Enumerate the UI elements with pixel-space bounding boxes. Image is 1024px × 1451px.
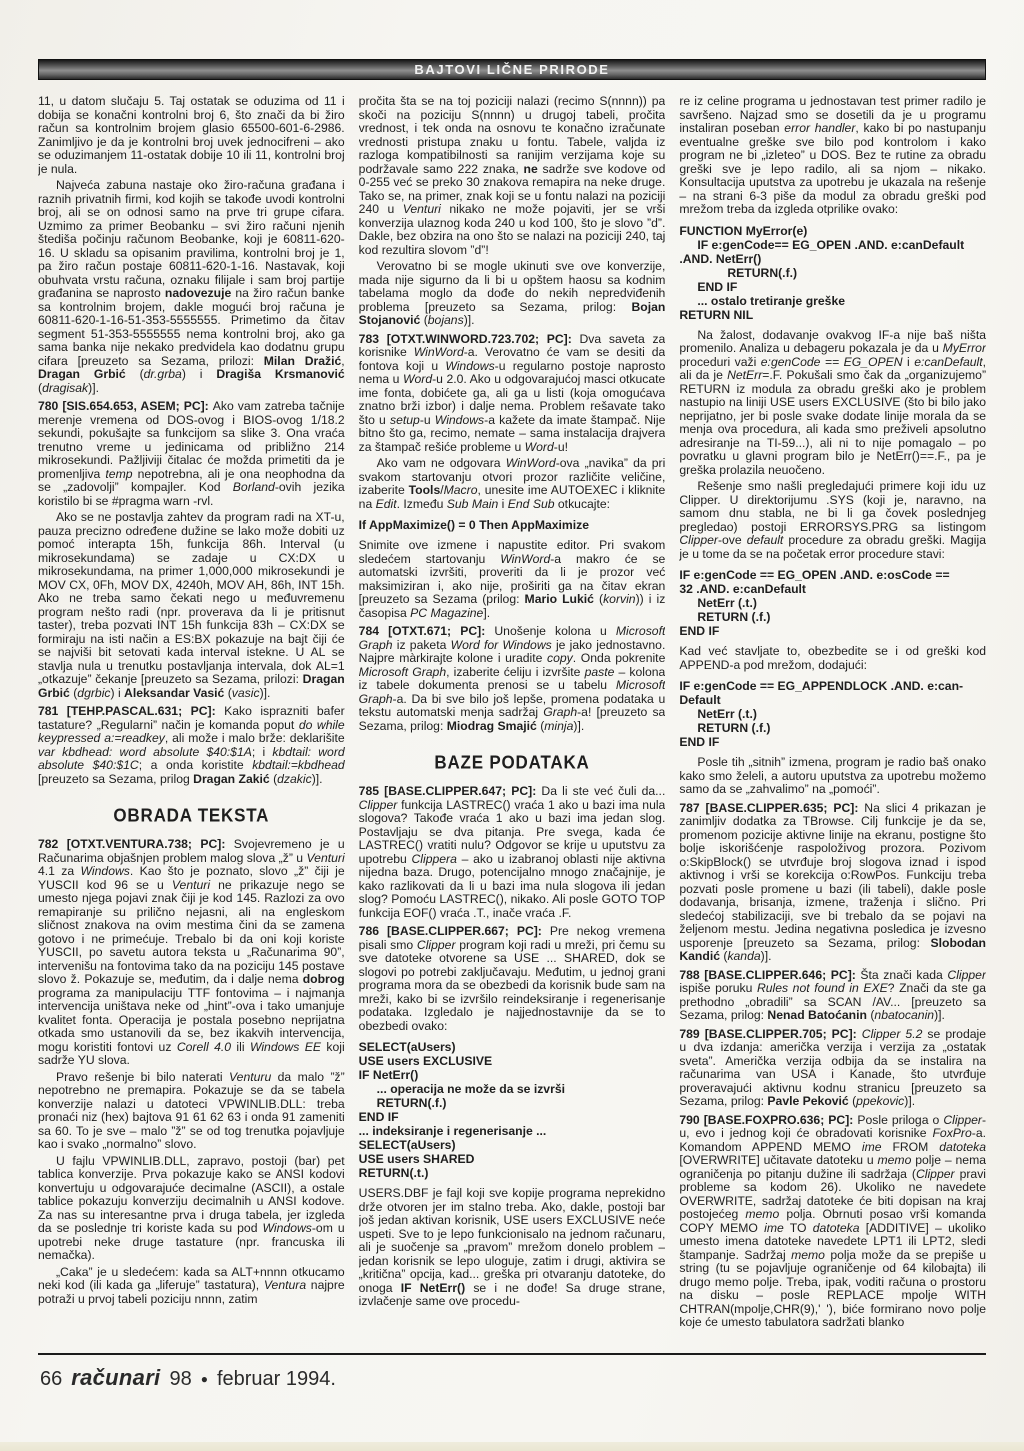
paragraph: Ako se ne postavlja zahtev da program ra… [38, 511, 345, 700]
paragraph: Snimite ove izmene i napustite editor. P… [359, 539, 666, 620]
paragraph: „Caka” je u sledećem: kada sa ALT+nnnn o… [38, 1266, 345, 1307]
paragraph: 790 [BASE.FOXPRO.636; PC]: Posle priloga… [679, 1114, 986, 1330]
column-3: re iz celine programa u jednostavan test… [679, 95, 986, 1347]
code-line: ... operacija ne može da se izvrši [359, 1082, 666, 1096]
magazine-logo: računari [71, 1365, 160, 1391]
code-line: RETURN(.t.) [359, 1166, 666, 1180]
code-line: END IF [679, 735, 986, 749]
code-line: RETURN NIL [679, 308, 986, 322]
code-block: FUNCTION MyError(e)IF e:genCode== EG_OPE… [679, 224, 986, 322]
code-line: SELECT(aUsers) [359, 1040, 666, 1054]
paragraph: 785 [BASE.CLIPPER.647; PC]: Da li ste ve… [359, 785, 666, 920]
paragraph: 788 [BASE.CLIPPER.646; PC]: Šta znači ka… [679, 969, 986, 1023]
code-line: RETURN (.f.) [679, 610, 986, 624]
paragraph: re iz celine programa u jednostavan test… [679, 95, 986, 217]
code-line: USE users SHARED [359, 1152, 666, 1166]
issue-number: 98 [169, 1368, 191, 1391]
code-line: SELECT(aUsers) [359, 1138, 666, 1152]
page-footer: 66 računari 98 ● februar 1994. [40, 1365, 1024, 1391]
code-line: RETURN (.f.) [679, 721, 986, 735]
column-2: pročita šta se na toj poziciji nalazi (r… [359, 95, 666, 1347]
code-line: RETURN(.f.) [359, 1096, 666, 1110]
code-block: SELECT(aUsers)USE users EXCLUSIVEIF NetE… [359, 1040, 666, 1180]
code-line: ... indeksiranje i regenerisanje ... [359, 1124, 666, 1138]
paragraph: Kad već stavljate to, obezbedite se i od… [679, 645, 986, 672]
paragraph: Na žalost, dodavanje ovakvog IF-a nije b… [679, 329, 986, 478]
article-columns: 11, u datom slučaju 5. Taj ostatak se od… [38, 95, 986, 1347]
issue-date: februar 1994. [217, 1368, 336, 1391]
code-line: ... ostalo tretiranje greške [679, 294, 986, 308]
code-line: IF e:genCode == EG_OPEN .AND. e:osCode =… [679, 568, 986, 582]
paragraph: Rešenje smo našli pregledajući primere k… [679, 480, 986, 561]
section-heading: BAZE PODATAKA [359, 752, 666, 774]
paragraph: 787 [BASE.CLIPPER.635; PC]: Na slici 4 p… [679, 802, 986, 964]
code-block: IF e:genCode == EG_OPEN .AND. e:osCode =… [679, 568, 986, 638]
paragraph: Ako vam ne odgovara WinWord-ova „navika”… [359, 457, 666, 511]
column-1: 11, u datom slučaju 5. Taj ostatak se od… [38, 95, 345, 1347]
scan-edge-strip [0, 1442, 1024, 1451]
paragraph: 782 [OTXT.VENTURA.738; PC]: Svojevremeno… [38, 838, 345, 1068]
code-block: If AppMaximize() = 0 Then AppMaximize [359, 518, 666, 532]
code-line: END IF [359, 1110, 666, 1124]
section-heading: OBRADA TEKSTA [38, 805, 345, 827]
code-line: IF e:genCode == EG_APPENDLOCK .AND. e:ca… [679, 679, 986, 693]
paragraph: Najveća zabuna nastaje oko žiro-računa g… [38, 179, 345, 395]
section-banner-title: BAJTOVI LIČNE PRIRODE [414, 62, 609, 77]
code-line: USE users EXCLUSIVE [359, 1054, 666, 1068]
page-number: 66 [40, 1368, 62, 1391]
code-block: IF e:genCode == EG_APPENDLOCK .AND. e:ca… [679, 679, 986, 749]
footer-rule [38, 1353, 986, 1355]
paragraph: U fajlu VPWINLIB.DLL, zapravo, postoji (… [38, 1155, 345, 1263]
code-line: 32 .AND. e:canDefault [679, 582, 986, 596]
bullet-icon: ● [201, 1372, 208, 1386]
paragraph: USERS.DBF je fajl koji sve kopije progra… [359, 1187, 666, 1309]
code-line: Default [679, 693, 986, 707]
code-line: IF e:genCode== EG_OPEN .AND. e:canDefaul… [679, 238, 986, 252]
magazine-page: BAJTOVI LIČNE PRIRODE 11, u datom slučaj… [0, 0, 1024, 1451]
code-line: IF NetErr() [359, 1068, 666, 1082]
code-line: NetErr (.t.) [679, 596, 986, 610]
paragraph: 786 [BASE.CLIPPER.667; PC]: Pre nekog vr… [359, 925, 666, 1033]
paragraph: Verovatno bi se mogle ukinuti sve ove ko… [359, 260, 666, 328]
paragraph: 789 [BASE.CLIPPER.705; PC]: Clipper 5.2 … [679, 1028, 986, 1109]
paragraph: 783 [OTXT.WINWORD.723.702; PC]: Dva save… [359, 333, 666, 455]
code-line: END IF [679, 624, 986, 638]
paragraph: Pravo rešenje bi bilo naterati Venturu d… [38, 1071, 345, 1152]
paragraph: 781 [TEHP.PASCAL.631; PC]: Kako isprazni… [38, 705, 345, 786]
paragraph: 11, u datom slučaju 5. Taj ostatak se od… [38, 95, 345, 176]
section-banner: BAJTOVI LIČNE PRIRODE [38, 59, 986, 80]
paragraph: 780 [SIS.654.653, ASEM; PC]: Ako vam zat… [38, 400, 345, 508]
code-line: END IF [679, 280, 986, 294]
paragraph: 784 [OTXT.671; PC]: Unošenje kolona u Mi… [359, 625, 666, 733]
paragraph: Posle tih „sitnih” izmena, program je ra… [679, 756, 986, 797]
paragraph: pročita šta se na toj poziciji nalazi (r… [359, 95, 666, 257]
code-line: NetErr (.t.) [679, 707, 986, 721]
code-line: RETURN(.f.) [679, 266, 986, 280]
code-line: If AppMaximize() = 0 Then AppMaximize [359, 518, 666, 532]
code-line: FUNCTION MyError(e) [679, 224, 986, 238]
code-line: .AND. NetErr() [679, 252, 986, 266]
